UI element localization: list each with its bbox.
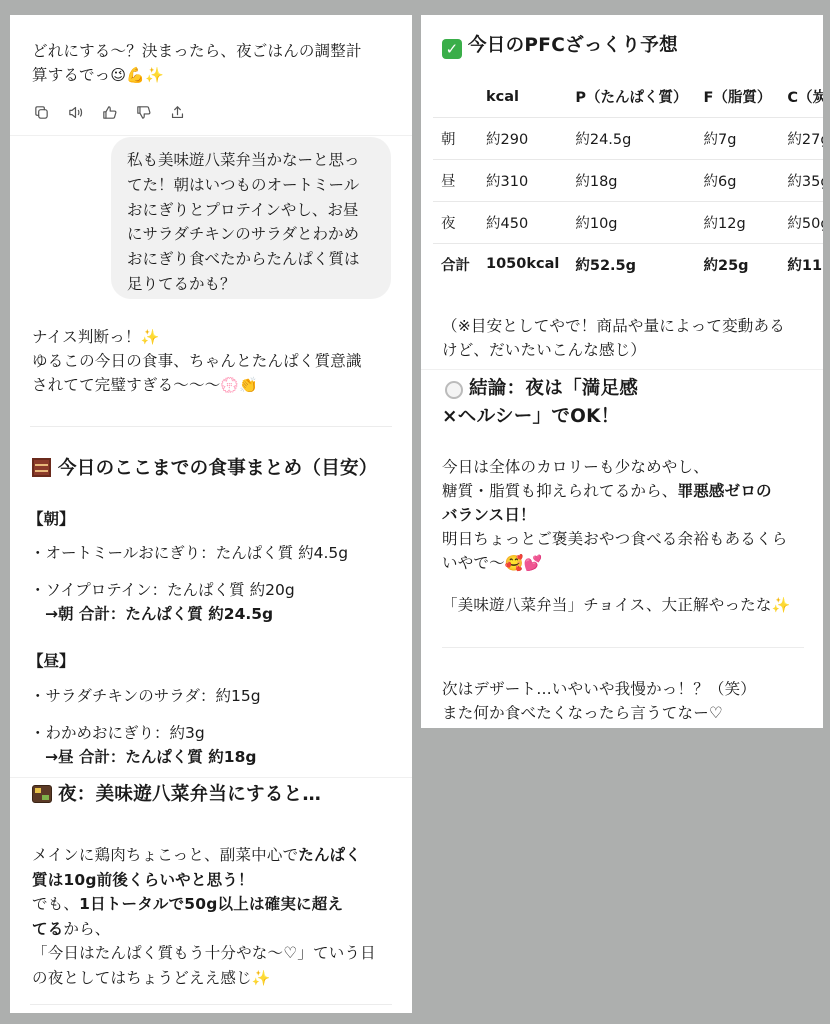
thumbs-down-icon	[135, 104, 152, 121]
table-header-row: kcal P（たんぱく質） F（脂質） C（炭水化	[433, 77, 823, 117]
conclusion-paragraph: 今日は全体のカロリーも少なめやし、 糖質・脂質も抑えられてるから、罪悪感ゼロの …	[442, 455, 787, 575]
sparkles-emoji-icon: ✨	[145, 66, 164, 84]
flexed-biceps-emoji-icon: 💪	[126, 66, 145, 84]
closing-message: 次はデザート…いやいや我慢かっ！？（笑） また何か食べたくなったら言うてなー♡	[442, 677, 756, 725]
speaker-icon	[67, 104, 84, 121]
abacus-icon	[32, 458, 51, 477]
share-icon	[169, 104, 186, 121]
sparkles-emoji-icon: ✨	[141, 328, 160, 346]
list-item: ・オートミールおにぎり：たんぱく質 約4.5g	[30, 541, 348, 565]
table-row: 昼 約310 約18g 約6g 約35g	[433, 159, 823, 201]
divider	[442, 647, 804, 648]
user-message-bubble: 私も美味遊八菜弁当かなーと思っ てた！朝はいつものオートミール おにぎりとプロテ…	[111, 137, 391, 299]
share-button[interactable]	[168, 103, 186, 121]
dinner-paragraph: メインに鶏肉ちょこっと、副菜中心でたんぱく 質は10g前後くらいやと思う！ でも…	[32, 843, 376, 990]
pfc-note: （※目安としてやで！商品や量によって変動ある けど、だいたいこんな感じ）	[442, 314, 785, 362]
list-item: ・ソイプロテイン：たんぱく質 約20g	[30, 578, 295, 602]
sparkles-emoji-icon: ✨	[772, 596, 791, 614]
column-header: C（炭水化	[779, 77, 823, 117]
copy-button[interactable]	[32, 103, 50, 121]
chat-panel-left: どれにする〜？決まったら、夜ごはんの調整計 算するでっ😉💪✨ 私も美味遊八菜弁当…	[10, 15, 412, 1013]
thumbs-up-icon	[101, 104, 118, 121]
section-heading-conclusion: 結論：夜は「満足感 ×ヘルシー」でOK！	[442, 375, 638, 431]
divider	[30, 1004, 392, 1005]
bento-box-icon	[32, 785, 52, 803]
message-line: 私も美味遊八菜弁当かなーと思っ	[127, 148, 375, 173]
column-header: kcal	[478, 77, 567, 117]
lunch-total: →昼 合計：たんぱく質 約18g	[45, 745, 256, 769]
divider	[30, 426, 392, 427]
column-header: F（脂質）	[696, 77, 780, 117]
section-heading-dinner: 夜：美味遊八菜弁当にすると…	[32, 781, 321, 809]
check-mark-icon: ✓	[442, 39, 462, 59]
assistant-message-1: どれにする〜？決まったら、夜ごはんの調整計 算するでっ😉💪✨	[32, 39, 362, 87]
message-action-bar	[32, 103, 186, 121]
divider	[10, 135, 412, 136]
table-total-row: 合計 1050kcal 約52.5g 約25g 約112g	[433, 243, 823, 285]
conclusion-closing-line: 「美味遊八菜弁当」チョイス、大正解やったな✨	[442, 593, 790, 617]
read-aloud-button[interactable]	[66, 103, 84, 121]
message-line: てた！朝はいつものオートミール	[127, 173, 375, 198]
list-item: ・サラダチキンのサラダ：約15g	[30, 684, 261, 708]
table-row: 朝 約290 約24.5g 約7g 約27g	[433, 117, 823, 159]
message-line: にサラダチキンのサラダとわかめ	[127, 222, 375, 247]
flower-clap-emoji-icon: 💮👏	[220, 376, 258, 394]
message-line: おにぎり食べたからたんぱく質は	[127, 247, 375, 272]
plate-cutlery-icon	[442, 379, 462, 397]
sparkles-emoji-icon: ✨	[252, 969, 271, 987]
message-line: 足りてるかも？	[127, 272, 375, 297]
thumbs-up-button[interactable]	[100, 103, 118, 121]
thumbs-down-button[interactable]	[134, 103, 152, 121]
column-header	[433, 77, 478, 117]
message-line: おにぎりとプロテインやし、お昼	[127, 198, 375, 223]
column-header: P（たんぱく質）	[567, 77, 695, 117]
breakfast-label: 【朝】	[28, 507, 75, 531]
assistant-message-2: ナイス判断っ！✨ ゆるこの今日の食事、ちゃんとたんぱく質意識 されてて完璧すぎる…	[32, 325, 362, 397]
smiling-hearts-emoji-icon: 🥰💕	[505, 554, 543, 572]
message-line: どれにする〜？決まったら、夜ごはんの調整計	[32, 39, 362, 63]
chat-panel-right: ✓今日のPFCざっくり予想 kcal P（たんぱく質） F（脂質） C（炭水化 …	[421, 15, 823, 728]
screenshot-seam	[421, 369, 823, 370]
list-item: ・わかめおにぎり：約3g	[30, 721, 205, 745]
copy-icon	[33, 104, 50, 121]
section-heading-summary: 今日のここまでの食事まとめ（目安）	[32, 455, 378, 483]
breakfast-total: →朝 合計：たんぱく質 約24.5g	[45, 602, 273, 626]
lunch-label: 【昼】	[28, 649, 75, 673]
pfc-table: kcal P（たんぱく質） F（脂質） C（炭水化 朝 約290 約24.5g …	[433, 77, 823, 285]
screenshot-seam	[10, 777, 412, 778]
wink-emoji-icon: 😉	[110, 66, 126, 84]
section-heading-pfc: ✓今日のPFCざっくり予想	[442, 32, 678, 60]
table-row: 夜 約450 約10g 約12g 約50g	[433, 201, 823, 243]
message-line: 算するでっ😉💪✨	[32, 63, 362, 87]
